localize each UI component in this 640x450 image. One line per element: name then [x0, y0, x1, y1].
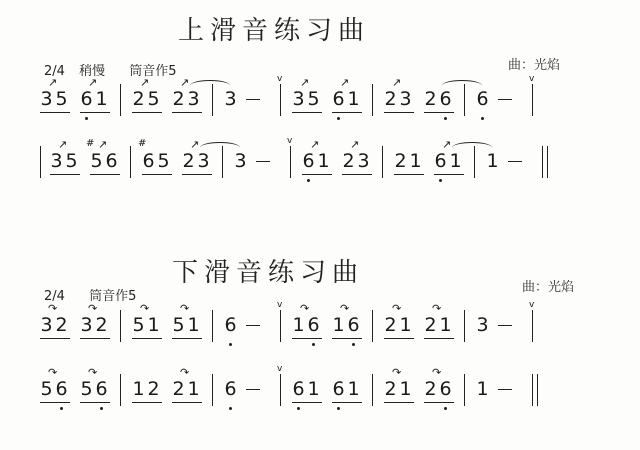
sharp-icon: # [86, 138, 94, 149]
low-octave-dot [307, 179, 310, 182]
composer-credit: 曲：光焰 [522, 276, 574, 295]
eighth-underline [90, 174, 120, 175]
note: 2 [55, 314, 68, 336]
sustain-dash [498, 325, 512, 326]
eighth-underline [342, 174, 372, 175]
eighth-underline [424, 402, 454, 403]
barline [120, 84, 121, 116]
note: 1 [95, 88, 108, 110]
note: 6 [80, 88, 93, 110]
barline [464, 310, 465, 342]
eighth-underline [332, 112, 362, 113]
slide-up-icon: ↗ [48, 77, 57, 88]
note: 6 [224, 378, 237, 400]
note: 1 [332, 314, 345, 336]
eighth-underline [172, 402, 202, 403]
slide-down-icon: ↷ [392, 303, 401, 314]
eighth-underline [40, 402, 70, 403]
eighth-underline [40, 338, 70, 339]
score-line: 35↗61↗25↗23↗3v35↗61↗23↗266v [0, 80, 640, 140]
note: 2 [384, 88, 397, 110]
note: 2 [394, 150, 407, 172]
note: 5 [40, 378, 53, 400]
barline [280, 374, 281, 406]
note: 5 [55, 88, 68, 110]
low-octave-dot [229, 407, 232, 410]
eighth-underline [434, 174, 464, 175]
eighth-underline [132, 402, 162, 403]
eighth-underline [384, 338, 414, 339]
sustain-dash [246, 325, 260, 326]
barline [280, 84, 281, 116]
note: 6 [224, 314, 237, 336]
note: 3 [234, 150, 247, 172]
barline [382, 146, 383, 178]
eighth-underline [292, 338, 322, 339]
low-octave-dot [100, 407, 103, 410]
low-octave-dot [312, 343, 315, 346]
low-octave-dot [297, 407, 300, 410]
barline [212, 374, 213, 406]
slide-down-icon: ↷ [432, 367, 441, 378]
eighth-underline [50, 174, 80, 175]
note: 6 [302, 150, 315, 172]
note: 6 [332, 88, 345, 110]
barline [40, 146, 41, 178]
score-line: 35↗56↗#65#23↗3v61↗23↗2161↗1 [0, 142, 640, 202]
eighth-underline [172, 338, 202, 339]
eighth-underline [424, 112, 454, 113]
barline [290, 146, 291, 178]
breath-mark-icon: v [277, 364, 282, 374]
low-octave-dot [352, 343, 355, 346]
breath-mark-icon: v [277, 300, 282, 310]
final-barline [542, 146, 548, 178]
note: 3 [197, 150, 210, 172]
slide-up-icon: ↗ [340, 77, 349, 88]
note: 2 [172, 378, 185, 400]
barline [120, 374, 121, 406]
eighth-underline [384, 402, 414, 403]
barline [372, 310, 373, 342]
barline [222, 146, 223, 178]
note: 5 [132, 314, 145, 336]
note: 3 [40, 314, 53, 336]
slide-up-icon: ↗ [58, 139, 67, 150]
note: 3 [292, 88, 305, 110]
note: 6 [95, 378, 108, 400]
note: 2 [132, 88, 145, 110]
barline [474, 146, 475, 178]
note: 3 [40, 88, 53, 110]
slide-down-icon: ↷ [180, 367, 189, 378]
note: 6 [142, 150, 155, 172]
breath-mark-icon: v [529, 74, 534, 84]
note: 1 [147, 314, 160, 336]
eighth-underline [384, 112, 414, 113]
sustain-dash [498, 99, 512, 100]
note: 2 [342, 150, 355, 172]
barline [120, 310, 121, 342]
eighth-underline [40, 112, 70, 113]
eighth-underline [302, 174, 332, 175]
eighth-underline [182, 174, 212, 175]
note: 6 [439, 88, 452, 110]
note: 1 [486, 150, 499, 172]
note: 6 [439, 378, 452, 400]
slide-down-icon: ↷ [340, 303, 349, 314]
sustain-dash [256, 161, 270, 162]
slide-up-icon: ↗ [180, 77, 189, 88]
composer-credit: 曲：光焰 [508, 54, 560, 73]
note: 5 [90, 150, 103, 172]
note: 1 [132, 378, 145, 400]
note: 2 [384, 314, 397, 336]
note: 1 [439, 314, 452, 336]
barline [130, 146, 131, 178]
note: 6 [476, 88, 489, 110]
key-marking: 筒音作5 [129, 64, 176, 79]
score-line: 56↷56↷1221↷6v616121↷26↷1 [0, 370, 640, 430]
low-octave-dot [60, 407, 63, 410]
low-octave-dot [444, 117, 447, 120]
slide-down-icon: ↷ [88, 367, 97, 378]
note: 5 [65, 150, 78, 172]
note: 5 [147, 88, 160, 110]
barline [372, 374, 373, 406]
note: 1 [409, 150, 422, 172]
note: 6 [292, 378, 305, 400]
sustain-dash [498, 389, 512, 390]
barline [464, 374, 465, 406]
sustain-dash [508, 161, 522, 162]
note: 3 [399, 88, 412, 110]
barline [372, 84, 373, 116]
slide-down-icon: ↷ [48, 367, 57, 378]
low-octave-dot [85, 117, 88, 120]
slide-up-icon: ↗ [442, 139, 451, 150]
slide-up-icon: ↗ [350, 139, 359, 150]
barline [464, 84, 465, 116]
sharp-icon: # [138, 138, 146, 149]
note: 3 [357, 150, 370, 172]
note: 2 [424, 88, 437, 110]
note: 6 [55, 378, 68, 400]
note: 6 [434, 150, 447, 172]
note: 2 [384, 378, 397, 400]
note: 5 [80, 378, 93, 400]
note: 2 [424, 378, 437, 400]
eighth-underline [332, 402, 362, 403]
piece-title-upward-slide: 上滑音练习曲 [178, 10, 370, 47]
note: 6 [307, 314, 320, 336]
note: 1 [399, 378, 412, 400]
note: 1 [476, 378, 489, 400]
low-octave-dot [481, 117, 484, 120]
eighth-underline [80, 338, 110, 339]
note: 1 [187, 314, 200, 336]
note: 2 [95, 314, 108, 336]
slide-up-icon: ↗ [310, 139, 319, 150]
slide-down-icon: ↷ [392, 367, 401, 378]
eighth-underline [80, 112, 110, 113]
barline [212, 84, 213, 116]
eighth-underline [172, 112, 202, 113]
low-octave-dot [229, 343, 232, 346]
eighth-underline [80, 402, 110, 403]
low-octave-dot [337, 407, 340, 410]
note: 1 [307, 378, 320, 400]
slide-down-icon: ↷ [300, 303, 309, 314]
eighth-underline [142, 174, 172, 175]
eighth-underline [132, 338, 162, 339]
slide-down-icon: ↷ [432, 303, 441, 314]
eighth-underline [332, 338, 362, 339]
breath-mark-icon: v [529, 300, 534, 310]
sustain-dash [246, 389, 260, 390]
breath-mark-icon: v [287, 136, 292, 146]
note: 1 [347, 88, 360, 110]
note: 3 [187, 88, 200, 110]
slide-up-icon: ↗ [190, 139, 199, 150]
note: 3 [224, 88, 237, 110]
note: 1 [449, 150, 462, 172]
final-barline [532, 374, 538, 406]
slide-down-icon: ↷ [140, 303, 149, 314]
eighth-underline [424, 338, 454, 339]
eighth-underline [292, 112, 322, 113]
low-octave-dot [439, 179, 442, 182]
slide-up-icon: ↗ [140, 77, 149, 88]
low-octave-dot [444, 407, 447, 410]
slide-up-icon: ↗ [392, 77, 401, 88]
note: 1 [187, 378, 200, 400]
slide-down-icon: ↷ [88, 303, 97, 314]
low-octave-dot [337, 117, 340, 120]
barline [280, 310, 281, 342]
piece-meta: 2/4 稍慢 筒音作5 [44, 60, 177, 79]
barline [212, 310, 213, 342]
note: 1 [399, 314, 412, 336]
eighth-underline [132, 112, 162, 113]
note: 3 [80, 314, 93, 336]
score-line: 32↷32↷51↷51↷6v16↷16↷21↷21↷3v [0, 306, 640, 366]
note: 6 [332, 378, 345, 400]
piece-title-downward-slide: 下滑音练习曲 [172, 252, 364, 289]
slide-down-icon: ↷ [48, 303, 57, 314]
note: 2 [147, 378, 160, 400]
barline [532, 310, 533, 342]
note: 5 [157, 150, 170, 172]
note: 2 [172, 88, 185, 110]
note: 1 [292, 314, 305, 336]
note: 3 [50, 150, 63, 172]
note: 1 [317, 150, 330, 172]
note: 2 [424, 314, 437, 336]
eighth-underline [292, 402, 322, 403]
slide-up-icon: ↗ [98, 139, 107, 150]
note: 6 [347, 314, 360, 336]
barline [532, 84, 533, 116]
eighth-underline [394, 174, 424, 175]
note: 6 [105, 150, 118, 172]
breath-mark-icon: v [277, 74, 282, 84]
note: 3 [476, 314, 489, 336]
note: 5 [172, 314, 185, 336]
slide-down-icon: ↷ [180, 303, 189, 314]
sustain-dash [246, 99, 260, 100]
slide-up-icon: ↗ [300, 77, 309, 88]
note: 2 [182, 150, 195, 172]
slide-up-icon: ↗ [88, 77, 97, 88]
note: 5 [307, 88, 320, 110]
note: 1 [347, 378, 360, 400]
